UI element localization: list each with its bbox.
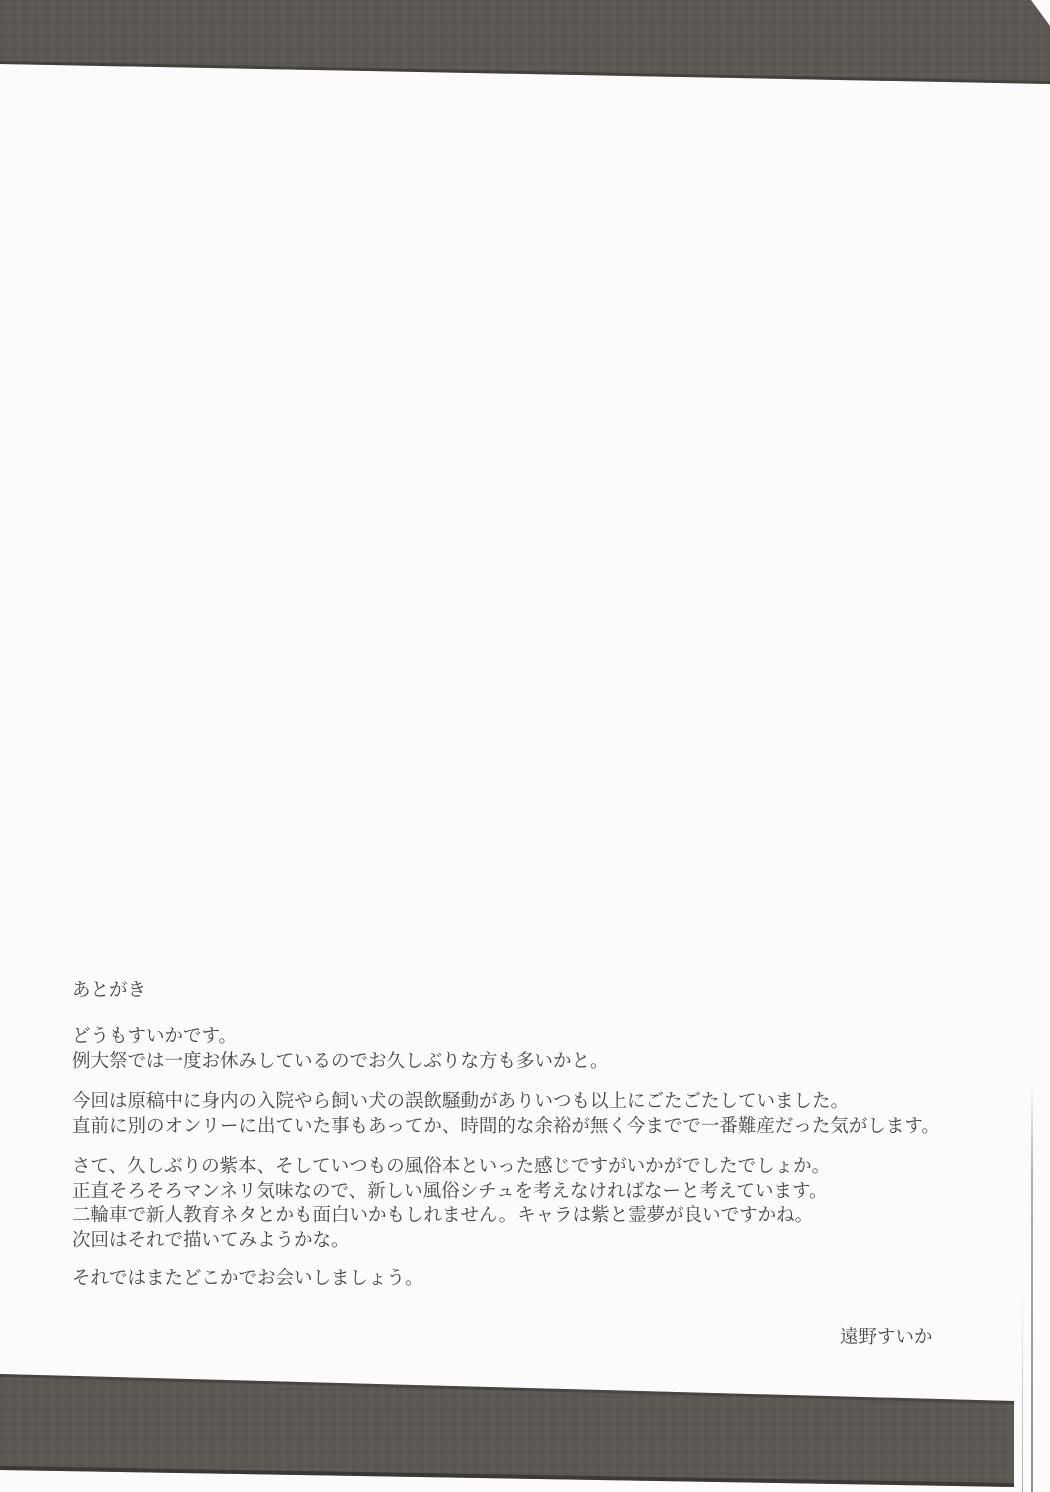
text-line: 今回は原稿中に身内の入院やら飼い犬の誤飲騒動がありいつも以上にごたごたしていまし… bbox=[72, 1089, 940, 1114]
text-line: 遠野すいか bbox=[840, 1325, 933, 1350]
text-line: それではまたどこかでお会いしましょう。 bbox=[72, 1266, 424, 1291]
afterword-title: あとがき bbox=[72, 978, 146, 1003]
text-line: 次回はそれで描いてみようかな。 bbox=[72, 1228, 830, 1253]
text-line: さて、久しぶりの紫本、そしていつもの風俗本といった感じですがいかがでしたでしょか… bbox=[72, 1154, 830, 1179]
text-line: どうもすいかです。 bbox=[72, 1024, 609, 1049]
text-line: 正直そろそろマンネリ気味なので、新しい風俗シチュを考えなければなーと考えています… bbox=[72, 1179, 830, 1204]
afterword-paragraph-greeting: どうもすいかです。 例大祭では一度お休みしているのでお久しぶりな方も多いかと。 bbox=[72, 1024, 609, 1073]
afterword-paragraph-production: 今回は原稿中に身内の入院やら飼い犬の誤飲騒動がありいつも以上にごたごたしていまし… bbox=[72, 1089, 940, 1138]
afterword-paragraph-farewell: それではまたどこかでお会いしましょう。 bbox=[72, 1266, 424, 1291]
text-line: 二輪車で新人教育ネタとかも面白いかもしれません。キャラは紫と霊夢が良いですかね。 bbox=[72, 1203, 830, 1228]
afterword-paragraph-content: さて、久しぶりの紫本、そしていつもの風俗本といった感じですがいかがでしたでしょか… bbox=[72, 1154, 830, 1252]
afterword-text: あとがき どうもすいかです。 例大祭では一度お休みしているのでお久しぶりな方も多… bbox=[0, 0, 1050, 1492]
text-line: 直前に別のオンリーに出ていた事もあってか、時間的な余裕が無く今までで一番難産だっ… bbox=[72, 1114, 940, 1139]
afterword-title-block: あとがき bbox=[72, 978, 146, 1003]
author-signature: 遠野すいか bbox=[840, 1325, 933, 1350]
text-line: 例大祭では一度お休みしているのでお久しぶりな方も多いかと。 bbox=[72, 1049, 609, 1074]
scanned-afterword-page: あとがき どうもすいかです。 例大祭では一度お休みしているのでお久しぶりな方も多… bbox=[0, 0, 1050, 1492]
